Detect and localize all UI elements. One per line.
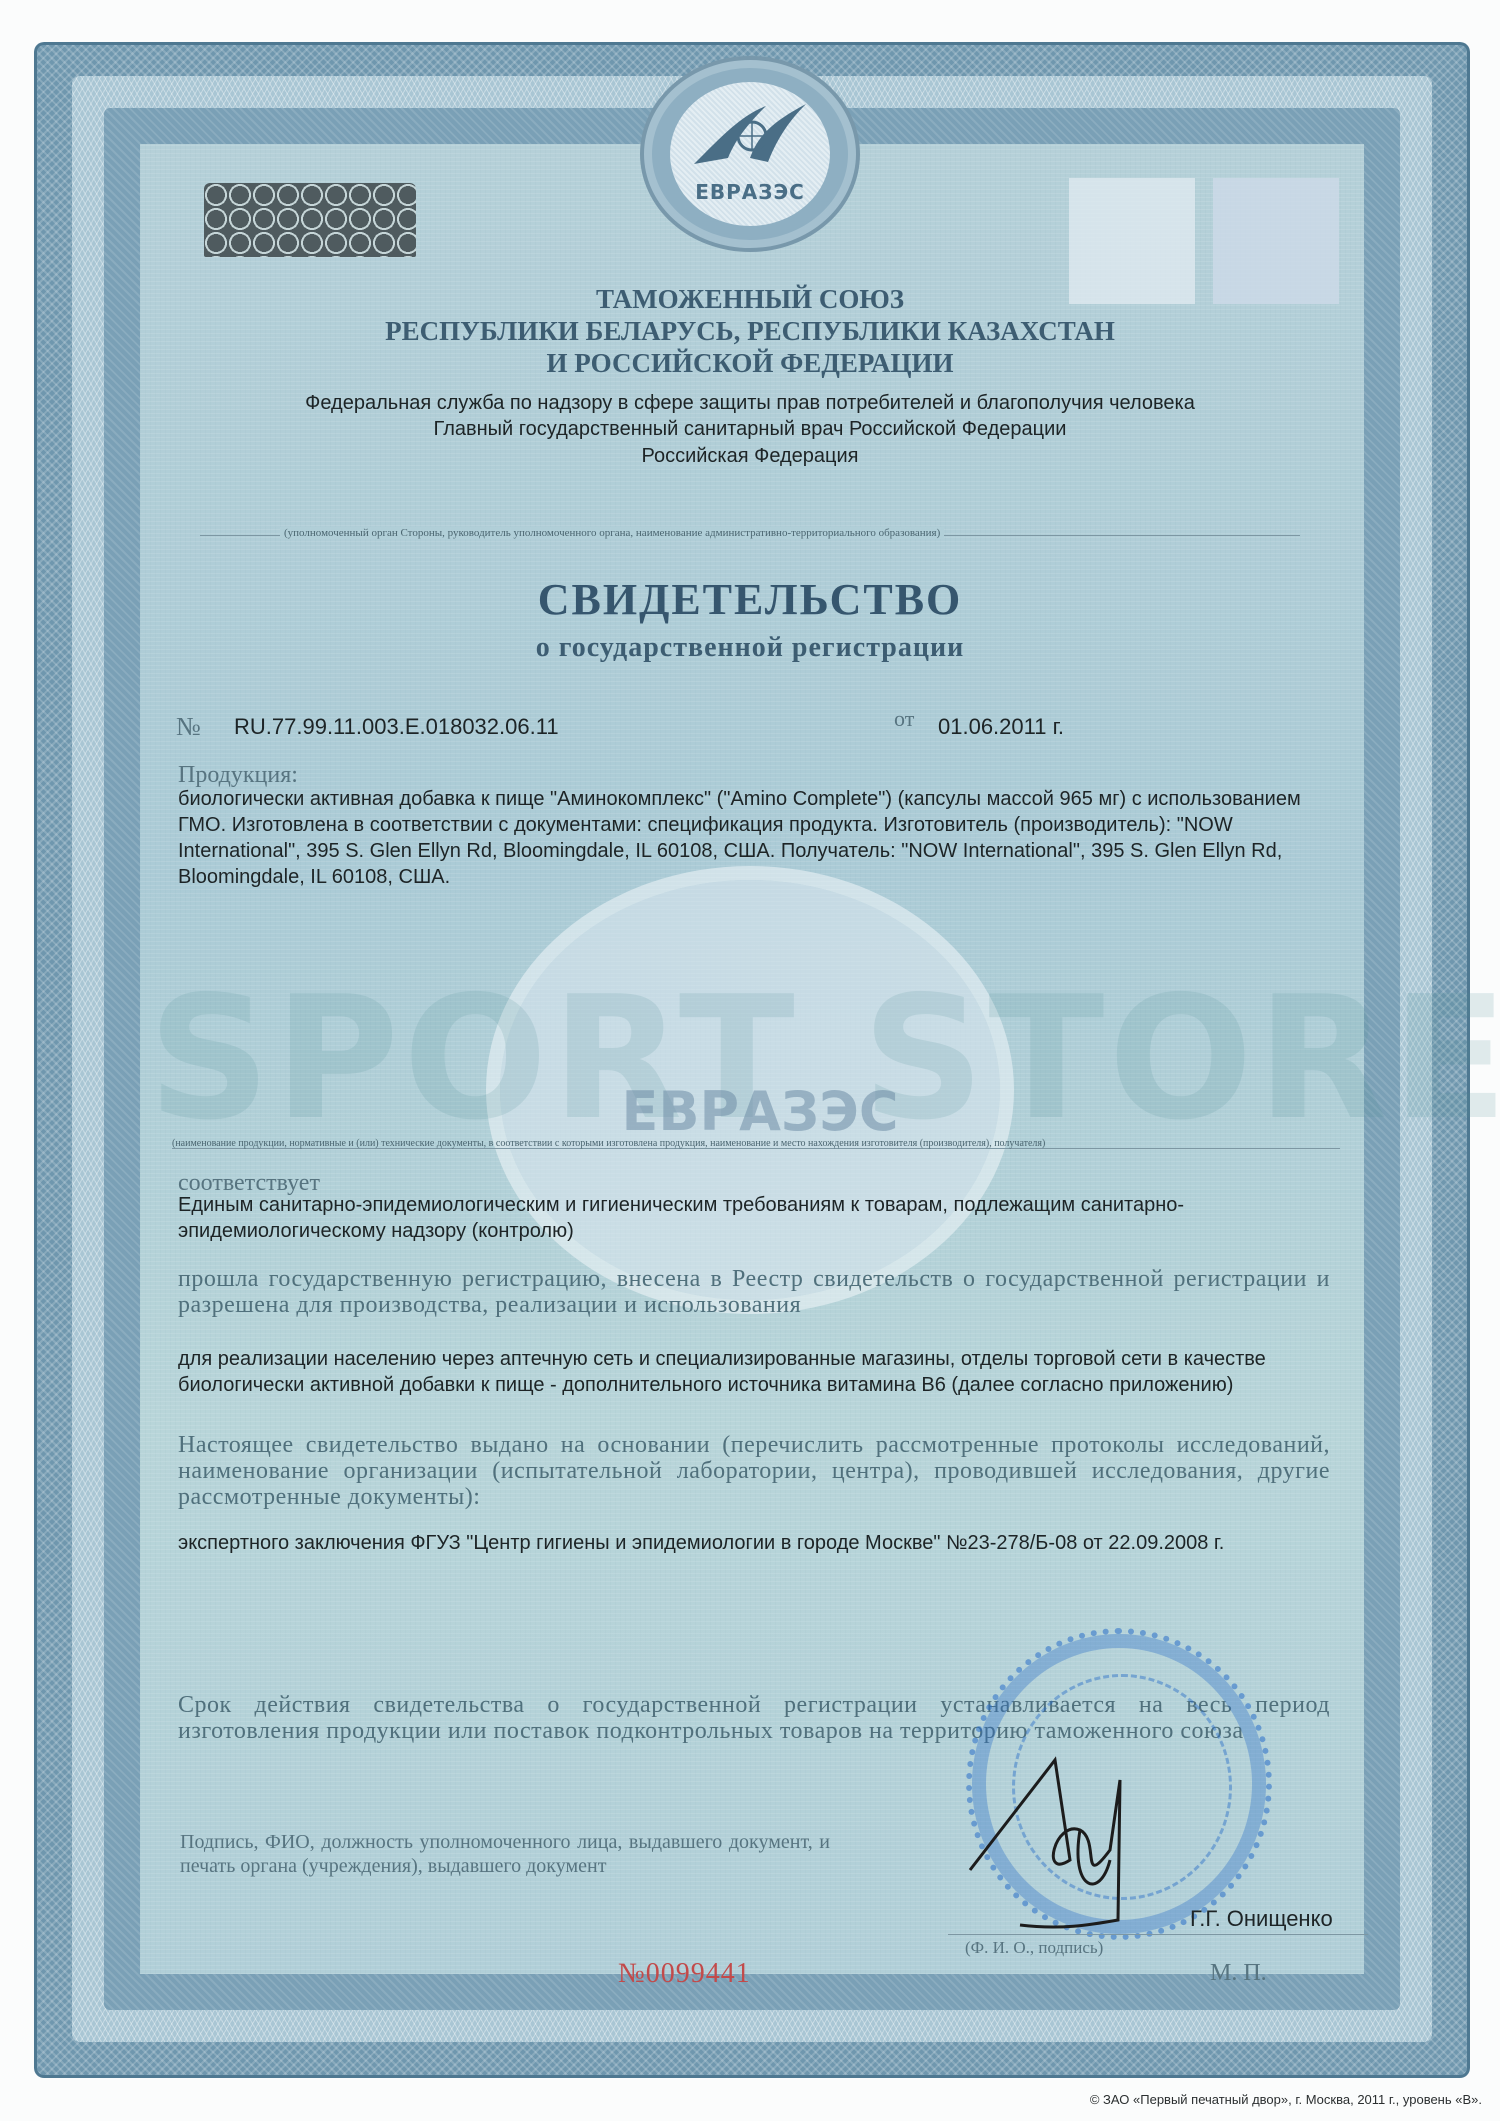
header-line-1: ТАМОЖЕННЫЙ СОЮЗ [160, 284, 1340, 314]
signature-caption: (Ф. И. О., подпись) [965, 1938, 1103, 1958]
certificate-subtitle: о государственной регистрации [160, 632, 1340, 664]
product-description: биологически активная добавка к пище "Ам… [178, 786, 1348, 890]
basis-statement: Настоящее свидетельство выдано на основа… [178, 1432, 1330, 1510]
usage-text: для реализации населению через аптечную … [178, 1346, 1353, 1398]
authority-line-2: Главный государственный санитарный врач … [160, 416, 1340, 442]
number-label: № [176, 712, 201, 742]
signature-rule [948, 1934, 1368, 1935]
emblem-text: ЕВРАЗЭС [695, 180, 805, 204]
certificate-title: СВИДЕТЕЛЬСТВО [160, 574, 1340, 625]
hologram-sticker [204, 183, 416, 257]
form-number: №0099441 [618, 1958, 751, 1990]
printer-copyright: © ЗАО «Первый печатный двор», г. Москва,… [1090, 2092, 1482, 2107]
authority-line-1: Федеральная служба по надзору в сфере за… [160, 390, 1340, 416]
eurasec-emblem: ЕВРАЗЭС [652, 68, 848, 240]
conformity-text: Единым санитарно-эпидемиологическим и ги… [178, 1192, 1338, 1244]
signatory-name: Г.Г. Онищенко [1190, 1906, 1333, 1932]
registration-statement: прошла государственную регистрацию, внес… [178, 1266, 1330, 1318]
date-label: от [894, 706, 914, 732]
product-label: Продукция: [178, 762, 298, 789]
registration-date: 01.06.2011 г. [938, 714, 1064, 740]
signature-label: Подпись, ФИО, должность уполномоченного … [180, 1830, 830, 1878]
header-line-3: И РОССИЙСКОЙ ФЕДЕРАЦИИ [160, 348, 1340, 378]
authority-line-3: Российская Федерация [160, 443, 1340, 469]
authority-caption: (уполномоченный орган Стороны, руководит… [280, 527, 944, 539]
registration-number: RU.77.99.11.003.E.018032.06.11 [234, 714, 559, 740]
product-caption: (наименование продукции, нормативные и (… [172, 1138, 1045, 1149]
signature-icon [960, 1740, 1200, 1940]
header-line-2: РЕСПУБЛИКИ БЕЛАРУСЬ, РЕСПУБЛИКИ КАЗАХСТА… [160, 316, 1340, 346]
watermark-emblem-text: ЕВРАЗЭС [560, 1080, 960, 1143]
basis-value: экспертного заключения ФГУЗ "Центр гигие… [178, 1530, 1348, 1556]
eurasec-emblem-icon [690, 98, 810, 168]
seal-label: М. П. [1210, 1960, 1267, 1987]
